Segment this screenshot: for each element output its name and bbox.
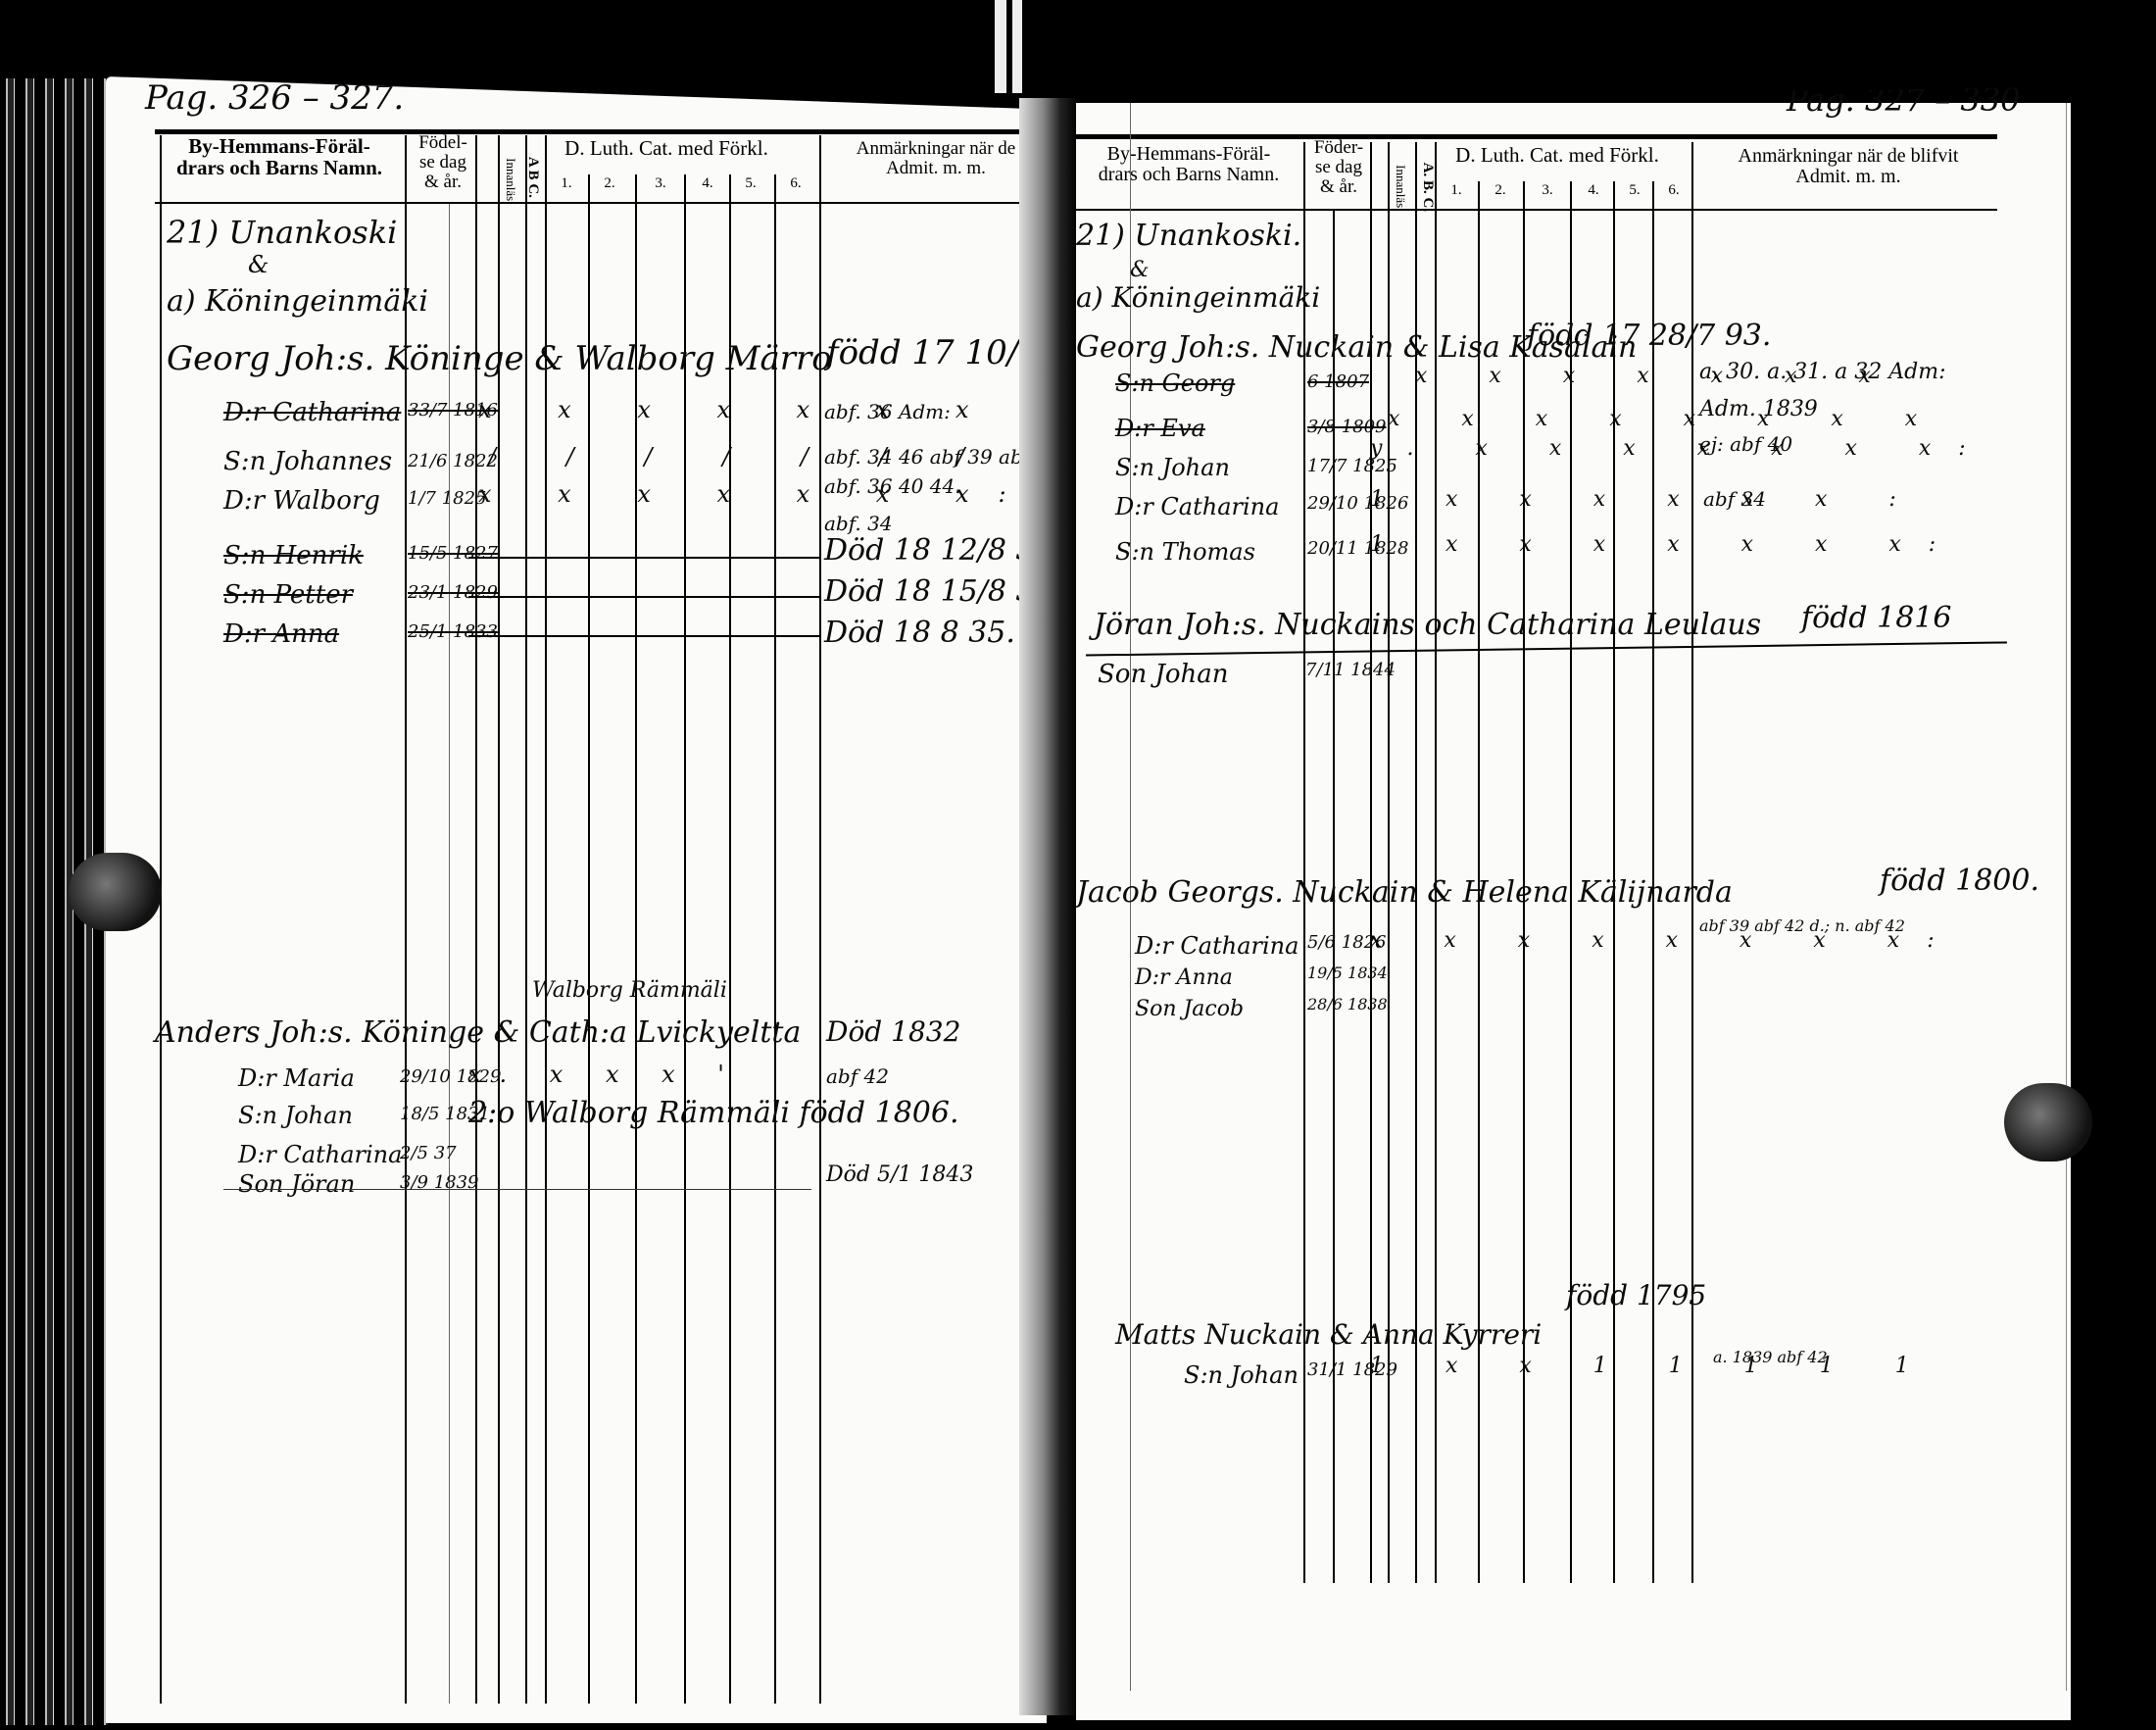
child-name: S:n Henrik — [223, 541, 364, 570]
child-name: S:n Johan — [238, 1102, 353, 1129]
above-note: Walborg Rämmäli — [532, 978, 727, 1003]
column-rule — [449, 204, 450, 1704]
header-names: By-Hemmans-Föräl- drars och Barns Namn. — [157, 135, 402, 178]
child-marks: x x x x x x x x — [478, 396, 1078, 423]
child-name: S:n Johan — [1115, 454, 1230, 481]
child-name: S:n Georg — [1115, 370, 1235, 397]
book-gutter — [1019, 98, 1078, 1715]
child-name: Son Jacob — [1135, 997, 1244, 1021]
header-innanlas: Innanläs. — [1394, 154, 1407, 222]
page-reference: Pag. 327 – 330 — [1787, 81, 2021, 119]
child-name: D:r Catharina — [1135, 932, 1298, 960]
right-page: Pag. 327 – 330 By-Hemmans-Föräl- drars o… — [1076, 103, 2071, 1720]
child-remark: a. 30. a. 31. a 32 Adm: — [1699, 360, 1946, 384]
child-birth: 19/5 1834 — [1307, 964, 1388, 982]
child-name: D:r Catharina — [1115, 493, 1279, 520]
family-parents: Matts Nuckain & Anna Kyrreri — [1115, 1318, 1542, 1351]
child-name: Son Johan — [1098, 660, 1229, 689]
cat-col-5: 5. — [733, 176, 768, 192]
child-name: D:r Anna — [223, 619, 339, 649]
underline-rule — [223, 1189, 811, 1190]
header-bottom-rule — [1076, 209, 1997, 211]
cat-col-4: 4. — [1576, 183, 1611, 199]
second-wife: 2:o Walborg Rämmäli född 1806. — [468, 1096, 959, 1130]
child-birth: 25/1 1833 — [408, 621, 498, 642]
child-remark: abf. 34 — [824, 512, 893, 535]
page-reference: Pag. 326 – 327. — [145, 78, 404, 118]
child-birth: 23/1 1829 — [408, 582, 498, 603]
child-marks: 1 x x 1 1 1 1 1 — [1370, 1354, 1936, 1378]
family-remark: Död 1832 — [826, 1015, 960, 1048]
margin-rule — [2066, 103, 2067, 1691]
child-birth: 1/7 1825 — [408, 488, 487, 509]
child-birth: 3/8 1809 — [1307, 417, 1387, 437]
family-parents: Anders Joh:s. Köninge & Cath:a Lvickyelt… — [155, 1015, 801, 1050]
child-name: D:r Walborg — [223, 486, 380, 516]
header-abc: A. B. C. — [1419, 158, 1435, 217]
child-name: S:n Petter — [223, 580, 353, 610]
cat-col-3: 3. — [643, 176, 678, 192]
child-name: S:n Thomas — [1115, 538, 1255, 566]
child-name: D:r Catharina — [223, 398, 401, 427]
cat-col-3: 3. — [1530, 183, 1565, 199]
child-birth: 6 1807 — [1307, 371, 1369, 392]
death-remark: Död 18 8 35. — [824, 616, 1015, 650]
child-name: S:n Johannes — [223, 447, 392, 476]
child-birth: 2/5 37 — [400, 1143, 457, 1163]
section-title: 21) Unankoski — [167, 214, 397, 251]
cat-col-1: 1. — [549, 176, 584, 192]
header-bottom-rule — [155, 202, 1037, 204]
header-catechism: D. Luth. Cat. med Förkl. — [1435, 144, 1680, 166]
child-remark: ej: abf 40 — [1699, 432, 1792, 456]
child-birth: 15/5 1827 — [408, 543, 498, 564]
child-name: S:n Johan — [1184, 1361, 1298, 1389]
header-remarks: Anmärkningar när de Admit. m. m. — [823, 139, 1049, 178]
cat-col-1: 1. — [1439, 183, 1474, 199]
subsection-title: a) Köningeinmäki — [1076, 281, 1320, 314]
family-remark: född 1795 — [1566, 1279, 1706, 1311]
family-parents: Jacob Georgs. Nuckain & Helena Kälijnard… — [1076, 875, 1733, 910]
strike-line — [468, 635, 821, 637]
child-birth: 7/11 1844 — [1305, 660, 1396, 680]
cat-col-2: 2. — [592, 176, 627, 192]
left-page: Pag. 326 – 327. By-Hemmans-Föräl- drars … — [106, 76, 1047, 1723]
child-name: Son Jöran — [238, 1170, 355, 1198]
cat-col-5: 5. — [1617, 183, 1652, 199]
cat-col-6: 6. — [1656, 183, 1691, 199]
subsection-title: a) Köningeinmäki — [167, 284, 428, 319]
death-remark: Död 5/1 1843 — [826, 1162, 973, 1187]
family-rule — [1086, 641, 2007, 656]
child-remark: a. 1839 abf 42 — [1713, 1348, 1828, 1366]
column-rule — [160, 135, 162, 1704]
section-amp: & — [1130, 258, 1150, 282]
cat-col-2: 2. — [1483, 183, 1518, 199]
header-birth: Födel- se dag & år. — [408, 133, 478, 192]
family-parents: Jöran Joh:s. Nuckains och Catharina Leul… — [1094, 608, 1761, 642]
cat-col-4: 4. — [690, 176, 725, 192]
child-name: D:r Catharina — [238, 1141, 402, 1168]
family-remark: född 1800. — [1880, 864, 2039, 898]
child-name: D:r Eva — [1115, 415, 1205, 442]
child-remark: abf. 36 40 44. — [824, 474, 961, 498]
child-birth: 28/6 1838 — [1307, 995, 1388, 1013]
section-amp: & — [248, 251, 269, 278]
child-marks: 1 x x x x x x : — [1370, 487, 1924, 512]
child-marks: x. x x x ' — [468, 1061, 742, 1088]
header-catechism: D. Luth. Cat. med Förkl. — [544, 137, 789, 159]
family-parents: Georg Joh:s. Köninge & Walborg Märro — [167, 339, 832, 378]
bookmark-ribbon — [995, 0, 1006, 93]
child-name: D:r Anna — [1135, 965, 1233, 990]
child-remark: abf 42 — [826, 1064, 889, 1088]
child-birth: 21/6 1822 — [408, 451, 498, 471]
header-birth: Föder- se dag & år. — [1303, 138, 1374, 197]
cat-col-6: 6. — [778, 176, 813, 192]
header-remarks: Anmärkningar när de blifvit Admit. m. m. — [1691, 146, 2005, 187]
child-remark: abf. 36 Adm: — [824, 400, 951, 423]
strike-line — [468, 596, 821, 598]
child-remark: abf 39 abf 42 d.; n. abf 42 — [1699, 916, 1993, 935]
thumb-left — [69, 853, 162, 931]
child-marks: y. x x x x x x x: — [1370, 436, 1993, 461]
bookmark-ribbon — [1012, 0, 1022, 93]
child-marks: x x x x x x x x — [1388, 407, 1944, 431]
strike-line — [468, 557, 821, 559]
header-innanlas: Innanläs. — [504, 147, 517, 216]
family-remark: född 17 28/7 93. — [1527, 319, 1771, 353]
thumb-right — [2004, 1083, 2092, 1162]
header-top-rule — [1076, 134, 1997, 139]
child-marks: 1 x x x x x x x: — [1370, 532, 1963, 557]
family-remark: född 1816 — [1801, 601, 1951, 635]
child-remark: abf 34 — [1703, 487, 1766, 511]
section-title: 21) Unankoski. — [1076, 219, 1301, 253]
header-names: By-Hemmans-Föräl- drars och Barns Namn. — [1076, 144, 1301, 185]
child-remark: Adm. 1839 — [1699, 397, 1818, 421]
child-name: D:r Maria — [238, 1064, 355, 1092]
